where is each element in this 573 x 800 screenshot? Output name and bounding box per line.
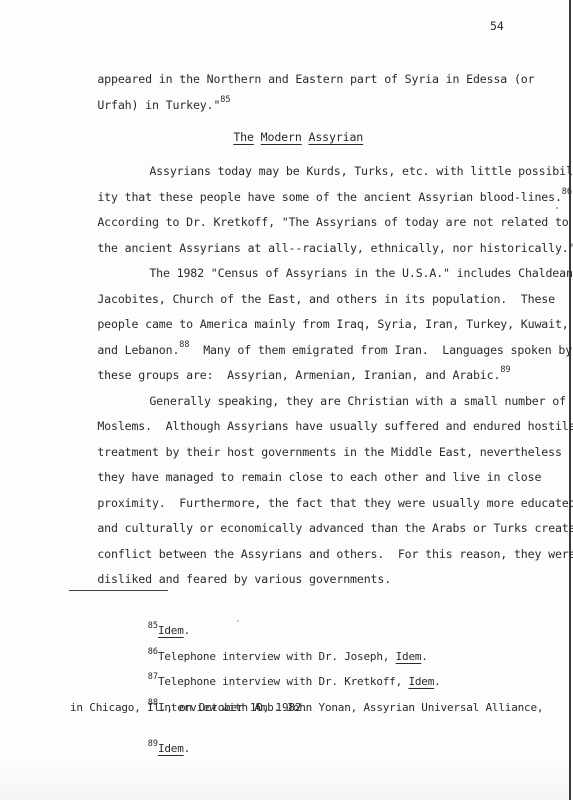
page-number: 54: [490, 19, 504, 33]
footnote-ref[interactable]: 86: [562, 187, 572, 197]
footnote-88-continuation: in Chicago, Il., on October 10, 1982.: [70, 701, 308, 714]
scan-speck: [556, 207, 558, 209]
document-page: 54 appeared in the Northern and Eastern …: [0, 0, 571, 800]
footnote-separator: [69, 590, 168, 591]
footnote-ref[interactable]: 89: [500, 365, 510, 375]
footnote-ref[interactable]: 88: [179, 340, 189, 350]
scan-speck: [237, 620, 239, 622]
page-bottom-shade: [0, 758, 569, 800]
body-line: disliked and feared by various governmen…: [70, 558, 391, 600]
footnote-ref[interactable]: 85: [220, 95, 230, 105]
